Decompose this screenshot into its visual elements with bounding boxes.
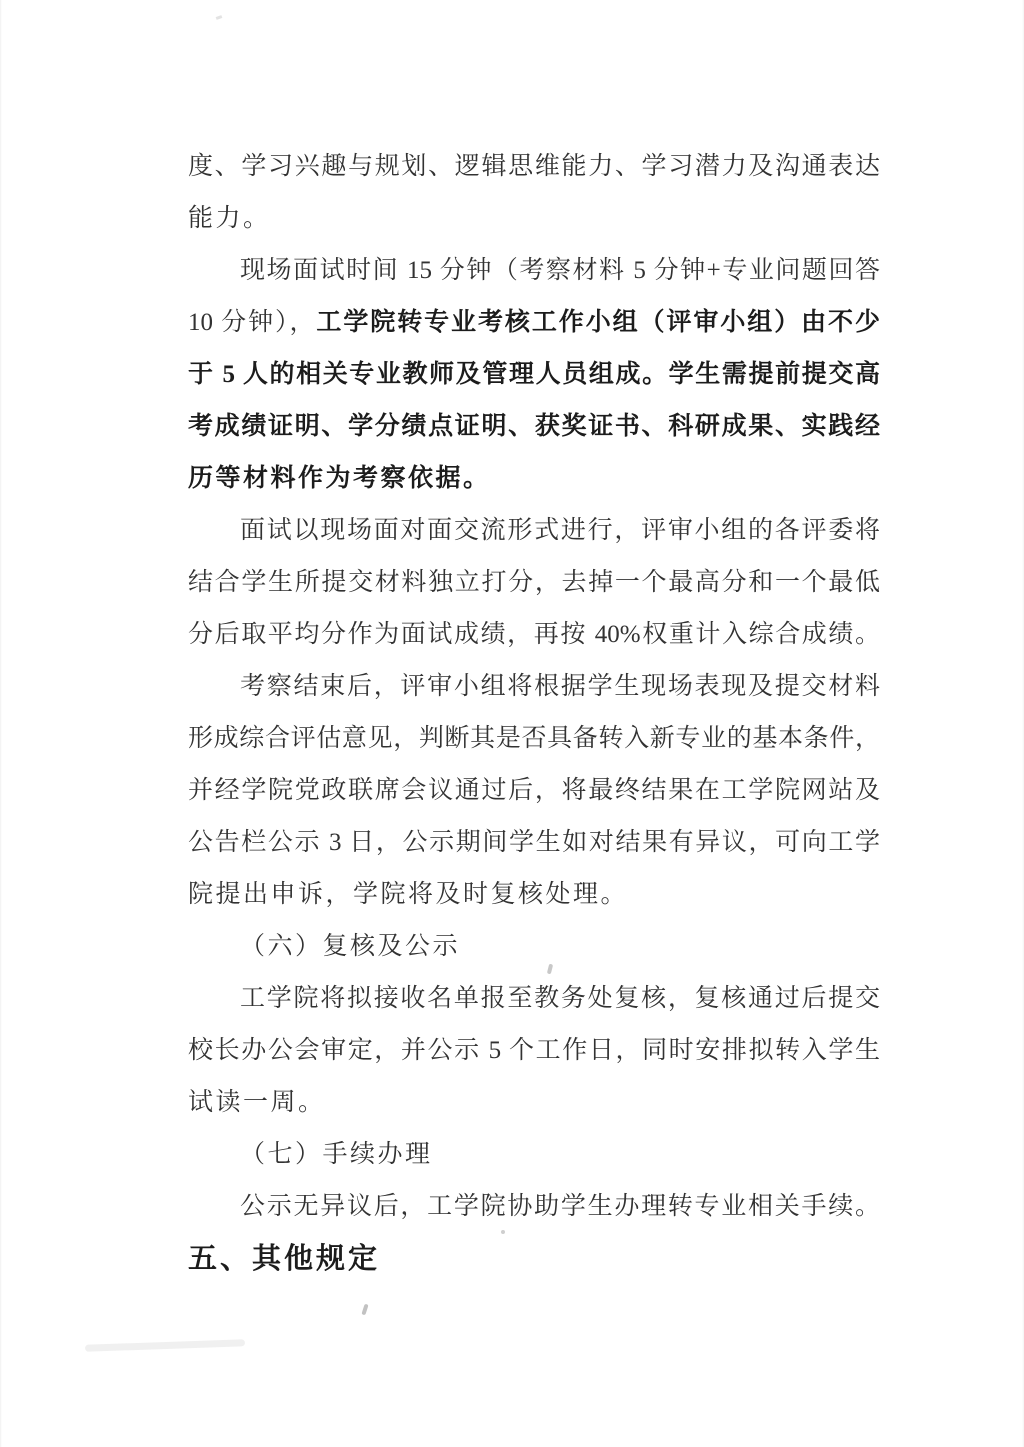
text-line-1: 度、学习兴趣与规划、逻辑思维能力、学习潜力及沟通表达 xyxy=(188,141,880,193)
text-line-5: 于 5 人的相关专业教师及管理人员组成。学生需提前提交高 xyxy=(188,349,880,401)
text-line-17: 工学院将拟接收名单报至教务处复核，复核通过后提交 xyxy=(188,973,880,1025)
text-line-21: 公示无异议后，工学院协助学生办理转专业相关手续。 xyxy=(188,1181,880,1233)
text-line-9: 结合学生所提交材料独立打分，去掉一个最高分和一个最低 xyxy=(188,557,880,609)
text-line-4: 10 分钟），工学院转专业考核工作小组（评审小组）由不少 xyxy=(188,297,880,349)
text-segment: 面试以现场面对面交流形式进行，评审小组的各评委将 xyxy=(240,517,880,544)
text-line-7: 历等材料作为考察依据。 xyxy=(188,453,880,505)
text-line-14: 公告栏公示 3 日，公示期间学生如对结果有异议，可向工学 xyxy=(188,817,880,869)
text-line-19: 试读一周。 xyxy=(188,1077,880,1129)
text-segment: 历等材料作为考察依据。 xyxy=(188,465,491,492)
text-segment: 校长办公会审定，并公示 5 个工作日，同时安排拟转入学生 xyxy=(188,1037,880,1064)
text-segment: 并经学院党政联席会议通过后，将最终结果在工学院网站及 xyxy=(188,777,880,804)
text-segment: 考成绩证明、学分绩点证明、获奖证书、科研成果、实践经 xyxy=(188,413,880,440)
scan-edge-shadow-left xyxy=(0,0,2,1447)
scan-artifact-tick xyxy=(361,1304,368,1316)
text-segment: 度、学习兴趣与规划、逻辑思维能力、学习潜力及沟通表达 xyxy=(188,153,880,180)
text-segment: 院提出申诉，学院将及时复核处理。 xyxy=(188,881,628,908)
scan-artifact-smudge xyxy=(85,1339,245,1352)
text-line-12: 形成综合评估意见，判断其是否具备转入新专业的基本条件， xyxy=(188,713,880,765)
text-line-18: 校长办公会审定，并公示 5 个工作日，同时安排拟转入学生 xyxy=(188,1025,880,1077)
text-line-13: 并经学院党政联席会议通过后，将最终结果在工学院网站及 xyxy=(188,765,880,817)
text-segment: （六）复核及公示 xyxy=(240,933,460,960)
text-segment: 公告栏公示 3 日，公示期间学生如对结果有异议，可向工学 xyxy=(188,829,880,856)
text-segment: 工学院将拟接收名单报至教务处复核，复核通过后提交 xyxy=(240,985,880,1012)
text-segment: 结合学生所提交材料独立打分，去掉一个最高分和一个最低 xyxy=(188,569,880,596)
text-segment: 分后取平均分作为面试成绩，再按 40%权重计入综合成绩。 xyxy=(188,621,880,648)
text-segment: 工学院转专业考核工作小组（评审小组）由不少 xyxy=(316,309,880,336)
text-line-15: 院提出申诉，学院将及时复核处理。 xyxy=(188,869,880,921)
text-segment: 10 分钟）， xyxy=(188,309,316,336)
text-segment: 于 5 人的相关专业教师及管理人员组成。学生需提前提交高 xyxy=(188,361,880,388)
document-text-block: 度、学习兴趣与规划、逻辑思维能力、学习潜力及沟通表达能力。现场面试时间 15 分… xyxy=(188,141,880,1285)
text-line-8: 面试以现场面对面交流形式进行，评审小组的各评委将 xyxy=(188,505,880,557)
text-line-2: 能力。 xyxy=(188,193,880,245)
text-line-10: 分后取平均分作为面试成绩，再按 40%权重计入综合成绩。 xyxy=(188,609,880,661)
text-line-16: （六）复核及公示 xyxy=(188,921,880,973)
text-segment: 形成综合评估意见，判断其是否具备转入新专业的基本条件， xyxy=(188,725,880,752)
text-segment: 现场面试时间 15 分钟（考察材料 5 分钟+专业问题回答 xyxy=(240,257,880,284)
scanned-document-page: 度、学习兴趣与规划、逻辑思维能力、学习潜力及沟通表达能力。现场面试时间 15 分… xyxy=(0,0,1024,1447)
text-segment: 五、其他规定 xyxy=(188,1243,380,1275)
text-line-20: （七）手续办理 xyxy=(188,1129,880,1181)
section-heading: 五、其他规定 xyxy=(188,1233,880,1285)
text-segment: 公示无异议后，工学院协助学生办理转专业相关手续。 xyxy=(240,1193,880,1220)
text-segment: 考察结束后，评审小组将根据学生现场表现及提交材料 xyxy=(240,673,880,700)
scan-artifact-speck xyxy=(216,15,223,20)
text-line-6: 考成绩证明、学分绩点证明、获奖证书、科研成果、实践经 xyxy=(188,401,880,453)
text-line-3: 现场面试时间 15 分钟（考察材料 5 分钟+专业问题回答 xyxy=(188,245,880,297)
text-segment: （七）手续办理 xyxy=(240,1141,433,1168)
text-segment: 试读一周。 xyxy=(188,1089,326,1116)
text-segment: 能力。 xyxy=(188,205,271,232)
text-line-11: 考察结束后，评审小组将根据学生现场表现及提交材料 xyxy=(188,661,880,713)
